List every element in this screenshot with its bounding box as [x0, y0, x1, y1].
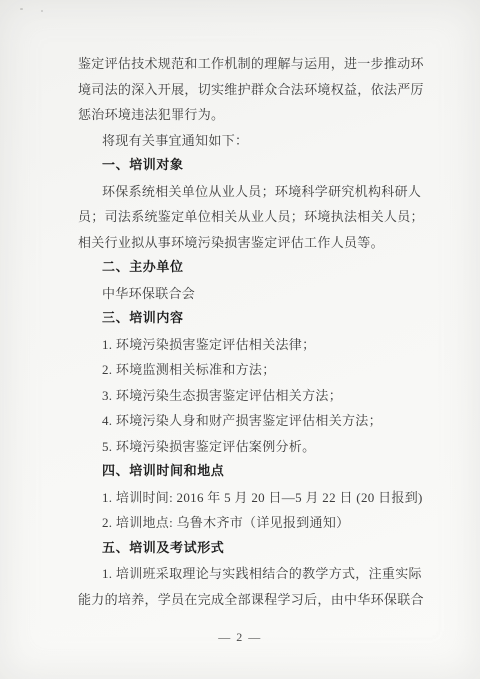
document-line: 鉴定评估技术规范和工作机制的理解与运用，进一步推动环 [78, 51, 418, 77]
document-line: 中华环保联合会 [78, 281, 418, 307]
document-line: 2. 培训地点: 乌鲁木齐市（详见报到通知） [78, 510, 418, 536]
scanned-page: 鉴定评估技术规范和工作机制的理解与运用，进一步推动环境司法的深入开展，切实维护群… [0, 0, 480, 679]
document-line: 5. 环境污染损害鉴定评估案例分析。 [78, 434, 418, 460]
document-line: 境司法的深入开展，切实维护群众合法环境权益，依法严厉 [78, 77, 418, 103]
section-heading: 二、主办单位 [78, 255, 418, 281]
document-line: 3. 环境污染生态损害鉴定评估相关方法； [78, 383, 418, 409]
section-heading: 四、培训时间和地点 [78, 459, 418, 485]
scan-speck [41, 10, 43, 12]
document-line: 1. 环境污染损害鉴定评估相关法律； [78, 332, 418, 358]
document-line: 将现有关事宜通知如下： [78, 128, 418, 154]
document-line: 2. 环境监测相关标准和方法； [78, 357, 418, 383]
document-line: 惩治环境违法犯罪行为。 [78, 102, 418, 128]
section-heading: 三、培训内容 [78, 306, 418, 332]
document-line: 能力的培养，学员在完成全部课程学习后，由中华环保联合 [78, 587, 418, 613]
page-number: — 2 — [0, 630, 480, 645]
scan-speck [20, 8, 23, 10]
section-heading: 五、培训及考试形式 [78, 536, 418, 562]
document-line: 环保系统相关单位从业人员；环境科学研究机构科研人 [78, 179, 418, 205]
section-heading: 一、培训对象 [78, 153, 418, 179]
document-line: 员；司法系统鉴定单位相关从业人员；环境执法相关人员； [78, 204, 418, 230]
document-line: 4. 环境污染人身和财产损害鉴定评估相关方法； [78, 408, 418, 434]
document-line: 相关行业拟从事环境污染损害鉴定评估工作人员等。 [78, 230, 418, 256]
document-line: 1. 培训班采取理论与实践相结合的教学方式，注重实际 [78, 561, 418, 587]
document-body: 鉴定评估技术规范和工作机制的理解与运用，进一步推动环境司法的深入开展，切实维护群… [78, 51, 418, 612]
document-line: 1. 培训时间: 2016 年 5 月 20 日—5 月 22 日 (20 日报… [78, 485, 418, 511]
